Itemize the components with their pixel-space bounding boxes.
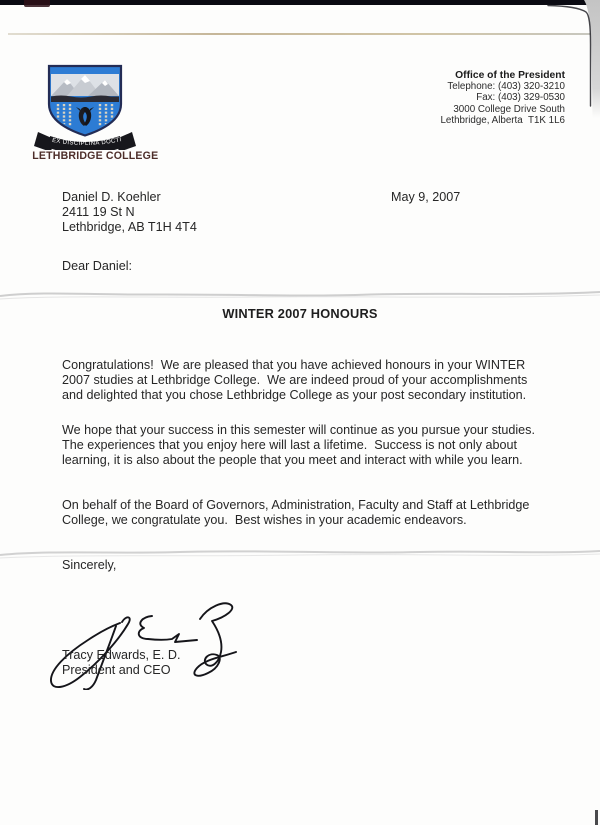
scan-edge-mark (24, 0, 50, 7)
office-title: Office of the President (440, 70, 565, 81)
office-contact-lines: Telephone: (403) 320-3210 Fax: (403) 329… (440, 81, 565, 126)
scan-bottom-tick (595, 810, 598, 825)
signer-name: Tracy Edwards, E. D. (62, 648, 181, 663)
subject-line: WINTER 2007 HONOURS (0, 306, 600, 321)
fold-tan-line (8, 33, 600, 35)
salutation: Dear Daniel: (62, 259, 132, 274)
office-contact-block: Office of the President Telephone: (403)… (440, 70, 565, 126)
signature-block: Tracy Edwards, E. D. President and CEO (62, 648, 181, 678)
paragraph: We hope that your success in this semest… (62, 423, 535, 469)
college-name: LETHBRIDGE COLLEGE (32, 150, 140, 162)
college-crest-icon: EX DISCIPLINA DOCTI (30, 62, 142, 150)
paragraph: On behalf of the Board of Governors, Adm… (62, 498, 529, 528)
paper-crease-line (0, 283, 600, 305)
scan-top-edge (0, 0, 588, 5)
recipient-address: Daniel D. Koehler 2411 19 St N Lethbridg… (62, 190, 197, 236)
letter-scan: { "colors": { "ink": "#262626", "shield-… (0, 0, 600, 825)
signer-title: President and CEO (62, 663, 181, 678)
closing: Sincerely, (62, 558, 116, 573)
college-logo: EX DISCIPLINA DOCTI LETHBRIDGE COLLEGE (30, 62, 142, 162)
paragraph: Congratulations! We are pleased that you… (62, 358, 527, 404)
letter-date: May 9, 2007 (391, 190, 460, 205)
